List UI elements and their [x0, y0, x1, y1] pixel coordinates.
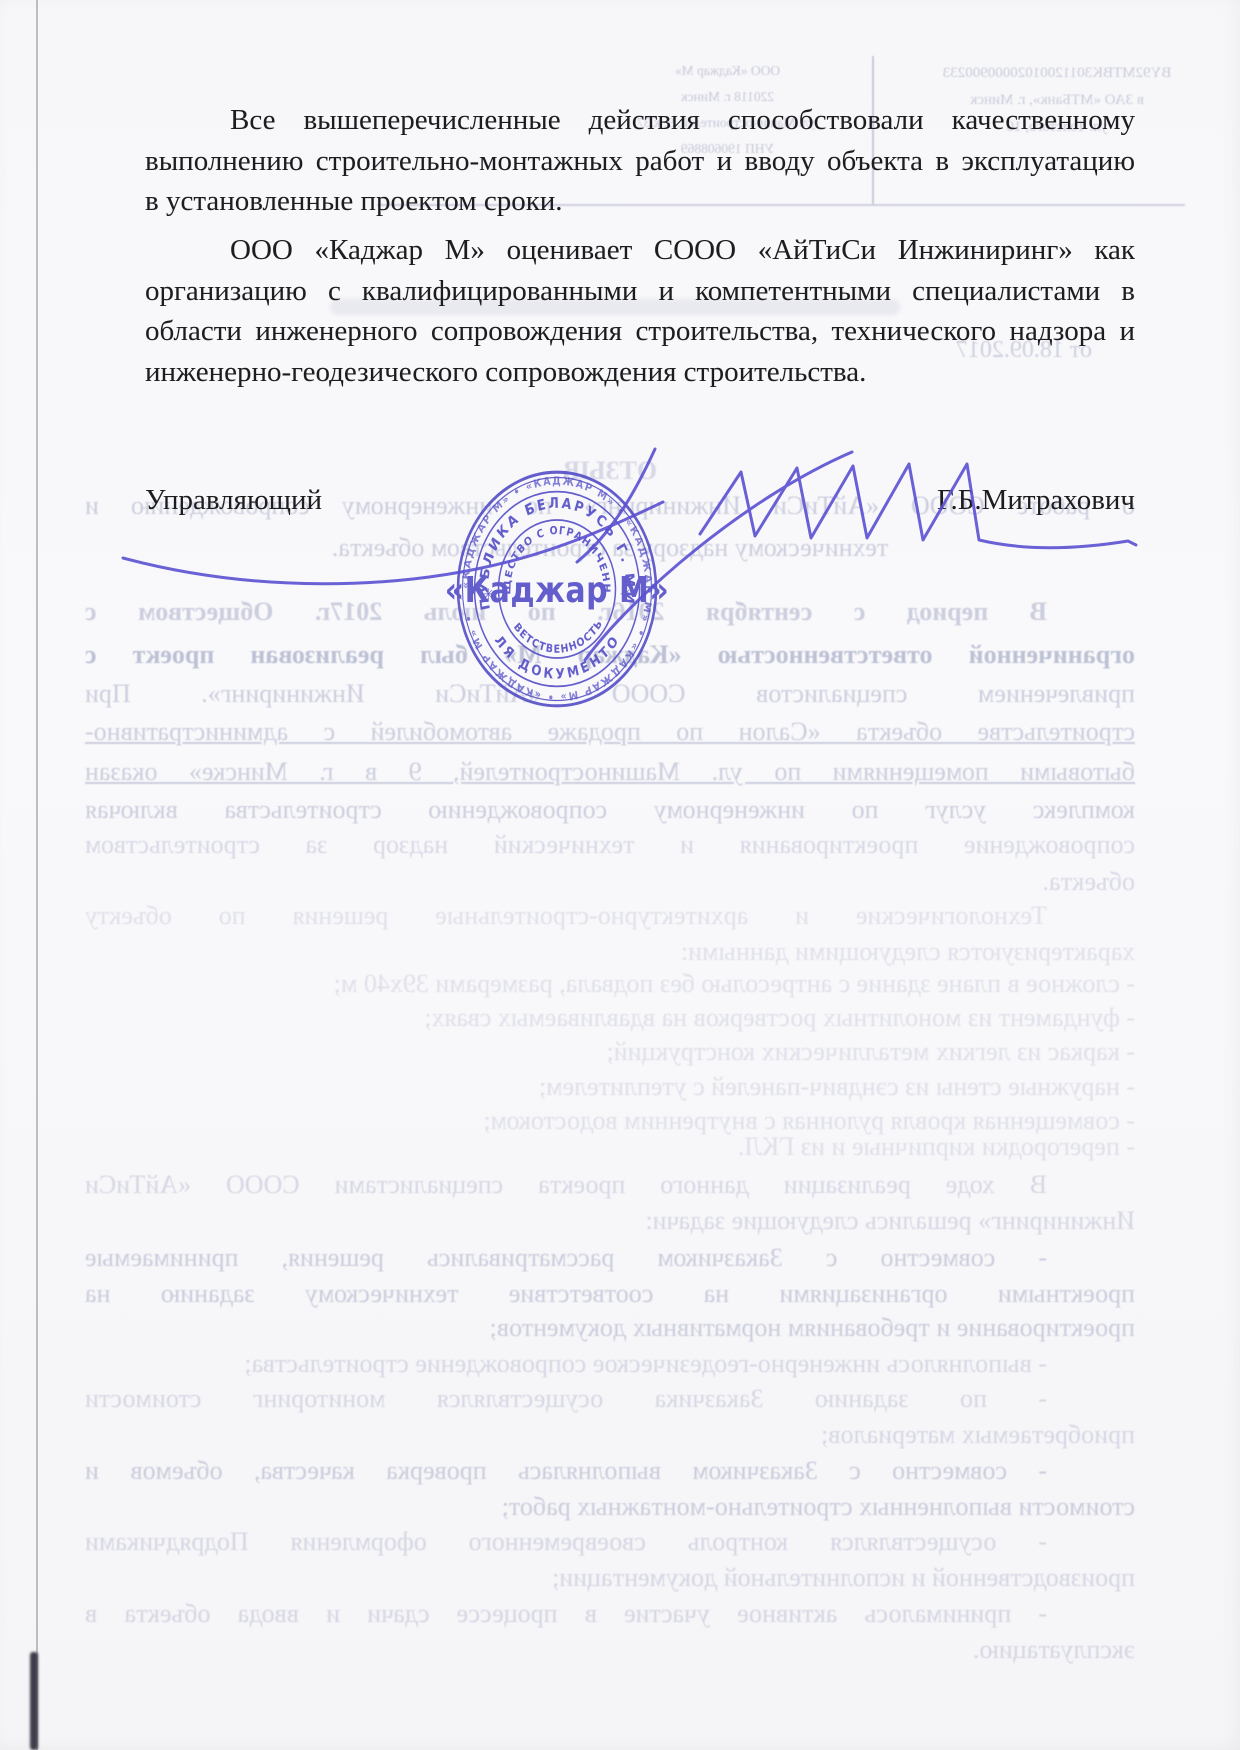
signature-row: Управляющий Г.Б.Митрахович — [145, 480, 1135, 520]
body-text-line: ООО «Каджар М» оценивает СООО «АйТиСи Ин… — [145, 230, 1135, 271]
body-text-line: организацию с квалифицированными и компе… — [145, 271, 1135, 312]
body-text-line: выполнению строительно-монтажных работ и… — [145, 141, 1135, 182]
body-text-line: инженерно-геодезического сопровождения с… — [145, 352, 1135, 393]
paragraph-1: Все вышеперечисленные действия способств… — [145, 100, 1135, 222]
scanned-document-page: BY92MTBK30112001020000900233в ЗАО «МТБан… — [0, 0, 1240, 1750]
paragraph-2: ООО «Каджар М» оценивает СООО «АйТиСи Ин… — [145, 230, 1135, 392]
body-text-line: Все вышеперечисленные действия способств… — [145, 100, 1135, 141]
letter-content: Все вышеперечисленные действия способств… — [0, 0, 1240, 1750]
signer-position-label: Управляющий — [145, 480, 322, 520]
body-text-line: в установленные проектом сроки. — [145, 181, 1135, 222]
body-text-line: области инженерного сопровождения строит… — [145, 311, 1135, 352]
signer-name: Г.Б.Митрахович — [937, 480, 1135, 520]
